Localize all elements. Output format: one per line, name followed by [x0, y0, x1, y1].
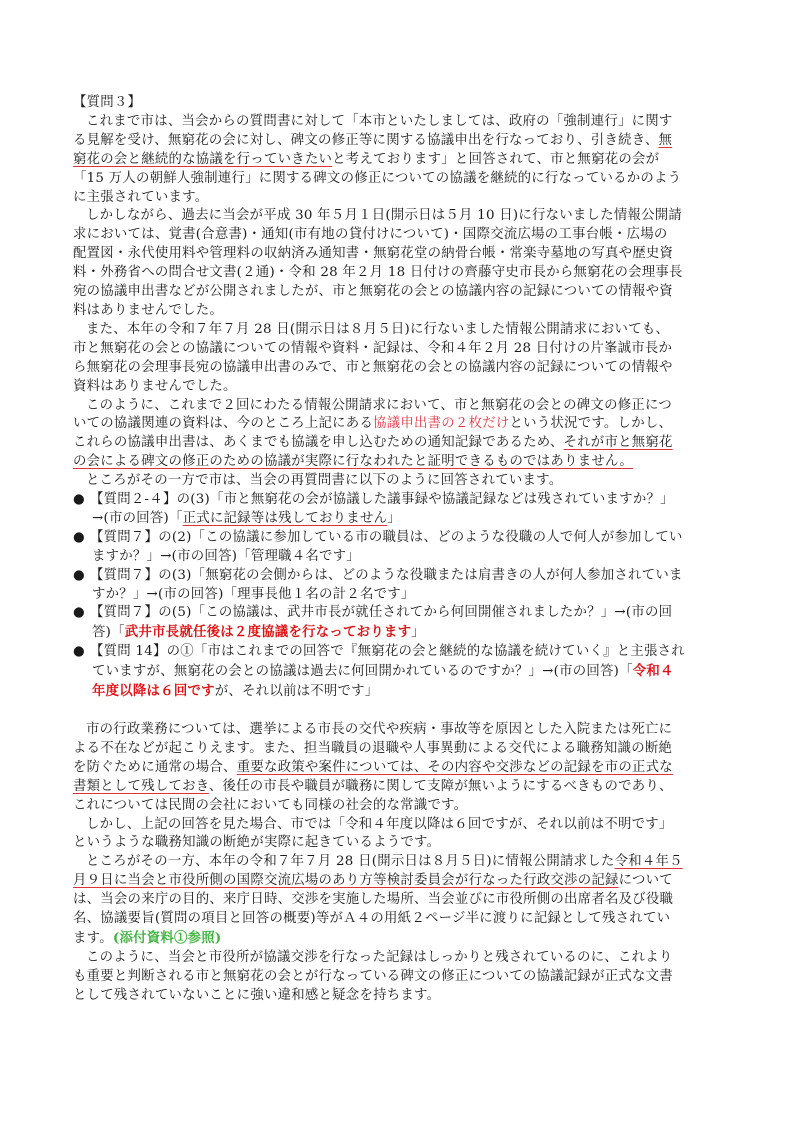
text-line: 料はありませんでした。 [73, 302, 729, 321]
section-heading: 【質問３】 [73, 94, 729, 113]
text-line: しかし、上記の回答を見た場合、市では「令和４年度以降は６回ですが、それ以前は不明… [73, 816, 729, 835]
text-line: ところがその一方で市は、当会の再質問書に以下のように回答されています。 [73, 472, 729, 491]
text-line: は、当会の来庁の目的、来庁日時、交渉を実施した場所、当会並びに市役所側の出席者名… [73, 891, 729, 910]
paragraph-5: 市の行政業務については、選挙による市長の交代や疾病・事故等を原因とした入院または… [73, 721, 729, 816]
bullet-icon: ● [73, 643, 90, 662]
text-line: 宛の協議申出書などが公開されましたが、市と無窮花の会との協議内容の記録についての… [73, 283, 729, 302]
underlined-text: 書類として残しておき [73, 779, 209, 794]
paragraph-4: このように、これまで２回にわたる情報公開請求において、市と無窮花の会との碑文の修… [73, 397, 729, 492]
text-line: ●【質問７】の(5)「この協議は、武井市長が就任されてから何回開催されましたか？… [92, 604, 729, 623]
underlined-text: 正式に記録等は残しておりません [183, 511, 388, 526]
text-line: というような職務知識の断絶が実際に起きているようです。 [73, 834, 729, 853]
text-line: る見解を受け、無窮花の会に対し、碑文の修正等に関する協議申出を行なっており、引き… [73, 132, 729, 151]
emphasized-red-text: 武井市長就任後は２度協議を行なっております [125, 624, 411, 640]
text-line: ますか？」→(市の回答)「管理職４名です」 [92, 548, 729, 567]
underlined-text: それが市と無窮花 [564, 435, 673, 450]
text-line: ていますが、無窮花の会との協議は過去に何回開かれているのですか？」→(市の回答)… [92, 662, 729, 682]
document-page: 【質問３】 これまで市は、当会からの質問書に対して「本市といたしましては、政府の… [73, 94, 729, 1006]
text-line: ●【質問 14】の①「市はこれまでの回答で『無窮花の会と継続的な協議を続けていく… [92, 643, 729, 662]
text-line: 「15 万人の朝鮮人強制連行」に関する碑文の修正についての協議を継続的に行なって… [73, 170, 729, 189]
text-line: 答)「武井市長就任後は２度協議を行なっております」 [92, 623, 729, 643]
text-line: も重要と判断される市と無窮花の会とが行なっている碑文の修正についての協議記録が正… [73, 968, 729, 987]
bullet-item: ●【質問７】の(5)「この協議は、武井市長が就任されてから何回開催されましたか？… [73, 604, 729, 643]
text-line: 料・外務省への問合せ文書(２通)・令和 28 年２月 18 日付けの齊藤守史市長… [73, 264, 729, 283]
text-line: として残されていないことに強い違和感と疑念を持ちます。 [73, 987, 729, 1006]
underlined-text: 窮花の会と継続的な協議を行っていきたい [73, 152, 332, 167]
text-line: よる不在などが起こりえます。また、担当職員の退職や人事異動による交代による職務知… [73, 740, 729, 759]
bullet-item: ●【質問７】の(3)「無窮花の会側からは、どのような役職または肩書きの人が何人参… [73, 567, 729, 605]
text-line: ます。(添付資料①参照) [73, 929, 729, 949]
bullet-item: ●【質問 14】の①「市はこれまでの回答で『無窮花の会と継続的な協議を続けていく… [73, 643, 729, 702]
text-line: これまで市は、当会からの質問書に対して「本市といたしましては、政府の「強制連行」… [73, 113, 729, 132]
text-line: ●【質問７】の(3)「無窮花の会側からは、どのような役職または肩書きの人が何人参… [92, 567, 729, 586]
paragraph-7: ところがその一方、本年の令和７年７月 28 日(開示日は８月５日)に情報公開請求… [73, 853, 729, 949]
paragraph-2: しかしながら、過去に当会が平成 30 年５月１日(開示日は５月 10 日)に行な… [73, 207, 729, 320]
text-line: しかしながら、過去に当会が平成 30 年５月１日(開示日は５月 10 日)に行な… [73, 207, 729, 226]
text-line: 年度以降は６回ですが、それ以前は不明です」 [92, 682, 729, 702]
text-line: このように、当会と市役所が協議交渉を行なった記録はしっかりと残されているのに、こ… [73, 949, 729, 968]
highlighted-red-text: 協議申出書の２枚だけ [373, 416, 509, 431]
bullet-icon: ● [73, 604, 90, 623]
text-line: これについては民間の会社においても同様の社会的な常識です。 [73, 797, 729, 816]
paragraph-3: また、本年の令和７年７月 28 日(開示日は８月５日)に行ないました情報公開請求… [73, 321, 729, 397]
underlined-text: の会による碑文の修正のための協議が実際に行なわれたと証明できるものではありません… [73, 454, 633, 469]
text-line: このように、これまで２回にわたる情報公開請求において、市と無窮花の会との碑文の修… [73, 397, 729, 416]
text-line: の会による碑文の修正のための協議が実際に行なわれたと証明できるものではありません… [73, 453, 729, 472]
text-line: いての協議関連の資料は、今のところ上記にある協議申出書の２枚だけという状況です。… [73, 415, 729, 434]
text-line: 市の行政業務については、選挙による市長の交代や疾病・事故等を原因とした入院または… [73, 721, 729, 740]
paragraph-8: このように、当会と市役所が協議交渉を行なった記録はしっかりと残されているのに、こ… [73, 949, 729, 1006]
text-line: 市と無窮花の会との協議についての情報や資料・記録は、令和４年２月 28 日付けの… [73, 340, 729, 359]
bullet-item: ●【質問７】の(2)「この協議に参加している市の職員は、どのような役職の人で何人… [73, 529, 729, 567]
text-line: ●【質問２-４】の(3)「市と無窮花の会が協議した議事録や協議記録などは残されて… [92, 491, 729, 510]
underlined-text: 無 [658, 133, 672, 148]
text-line: 窮花の会と継続的な協議を行っていきたいと考えております」と回答されて、市と無窮花… [73, 151, 729, 170]
underlined-text: 重要な政策や案件については、その内容や交渉などの記録を市の正式な [237, 760, 673, 775]
text-line: ●【質問７】の(2)「この協議に参加している市の職員は、どのような役職の人で何人… [92, 529, 729, 548]
emphasized-red-text: 令和４ [633, 663, 674, 679]
text-line: 資料はありませんでした。 [73, 378, 729, 397]
bullet-icon: ● [73, 567, 90, 586]
text-line: に主張されています。 [73, 189, 729, 208]
attachment-reference: (添付資料①参照) [113, 930, 222, 946]
underlined-text: 月９日に当会と市役所側の国際交流広場のあり方等検討委員会が行なった行政交渉の記録 [73, 873, 619, 888]
text-line: 書類として残しておき、後任の市長や職員が職務に関して支障が無いようにするべきもの… [73, 778, 729, 797]
paragraph-6: しかし、上記の回答を見た場合、市では「令和４年度以降は６回ですが、それ以前は不明… [73, 816, 729, 854]
text-line: 配置図・永代使用料や管理料の収納済み通知書・無窮花堂の納骨台帳・常楽寺墓地の写真… [73, 245, 729, 264]
text-line: 求においては、覚書(合意書)・通知(市有地の貸付けについて)・国際交流広場の工事… [73, 226, 729, 245]
spacer [73, 702, 729, 721]
text-line: また、本年の令和７年７月 28 日(開示日は８月５日)に行ないました情報公開請求… [73, 321, 729, 340]
bullet-item: ●【質問２-４】の(3)「市と無窮花の会が協議した議事録や協議記録などは残されて… [73, 491, 729, 529]
text-line: これらの協議申出書は、あくまでも協議を申し込むための通知記録であるため、それが市… [73, 434, 729, 453]
bullet-list: ●【質問２-４】の(3)「市と無窮花の会が協議した議事録や協議記録などは残されて… [73, 491, 729, 702]
paragraph-1: これまで市は、当会からの質問書に対して「本市といたしましては、政府の「強制連行」… [73, 113, 729, 208]
text-line: を防ぐために通常の場合、重要な政策や案件については、その内容や交渉などの記録を市… [73, 759, 729, 778]
text-line: 月９日に当会と市役所側の国際交流広場のあり方等検討委員会が行なった行政交渉の記録… [73, 872, 729, 891]
underlined-text: 令和４年５ [615, 854, 683, 869]
text-line: ところがその一方、本年の令和７年７月 28 日(開示日は８月５日)に情報公開請求… [73, 853, 729, 872]
text-line: 名、協議要旨(質問の項目と回答の概要)等がＡ４の用紙２ページ半に渡りに記録として… [73, 910, 729, 929]
bullet-icon: ● [73, 491, 90, 510]
emphasized-red-text: 年度以降は６回です [92, 683, 215, 699]
text-line: →(市の回答)「正式に記録等は残しておりません」 [92, 510, 729, 529]
text-line: ら無窮花の会理事長宛の協議申出書のみで、市と無窮花の会との協議内容の記録について… [73, 359, 729, 378]
text-line: すか？」→(市の回答)「理事長他１名の計２名です」 [92, 586, 729, 605]
bullet-icon: ● [73, 529, 90, 548]
